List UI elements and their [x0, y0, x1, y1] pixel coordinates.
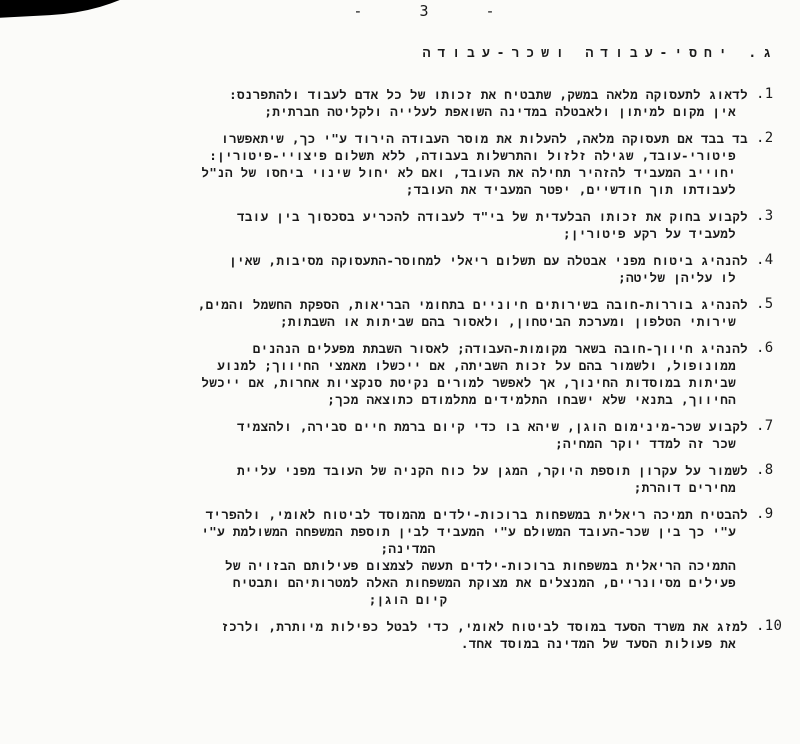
item-line: לדאוג לתעסוקה מלאה במשק, שתבטיח את זכותו…: [78, 86, 778, 103]
list-item: .10למזג את משרד הסעד במוסד לביטוח לאומי,…: [78, 618, 778, 652]
item-number: .6: [756, 340, 778, 357]
item-line: לקבוע שכר-מינימום הוגן, שיהא בו כדי קיום…: [78, 418, 778, 435]
item-number: .7: [756, 418, 778, 435]
item-line: המדינה;: [78, 540, 778, 557]
item-number: .9: [756, 506, 778, 523]
item-line: ממונופול, ולשמור בהם על זכות השביתה, אם …: [78, 357, 778, 374]
item-line: ע"י כך בין שכר-העובד המשולם ע"י המעביד ל…: [78, 523, 778, 540]
item-line: התמיכה הריאלית במשפחות ברוכות-ילדים תעשה…: [78, 557, 778, 574]
item-number: .1: [756, 86, 778, 103]
item-number: .5: [756, 296, 778, 313]
item-line: החיווך, בתנאי שלא ישבחו התלמידים מתלמודם…: [78, 391, 778, 408]
list-item: .6להנהיג חיווך-חובה בשאר מקומות-העבודה; …: [78, 340, 778, 408]
list-item: .5להנהיג בוררות-חובה בשירותים חיוניים בת…: [78, 296, 778, 330]
item-line: פעילים מסיונריים, המנצלים את מצוקת המשפח…: [78, 574, 778, 591]
item-number: .4: [756, 252, 778, 269]
item-line: למזג את משרד הסעד במוסד לביטוח לאומי, כד…: [78, 618, 778, 635]
item-line: למעביד על רקע פיטורין;: [78, 225, 778, 242]
item-line: להנהיג ביטוח מפני אבטלה עם תשלום ריאלי ל…: [78, 252, 778, 269]
item-line: לשמור על עקרון תוספת היוקר, המגן על כוח …: [78, 462, 778, 479]
page-number-dash-right: -: [486, 2, 497, 20]
item-line: להנהיג חיווך-חובה בשאר מקומות-העבודה; לא…: [78, 340, 778, 357]
item-number: .2: [756, 130, 778, 147]
list-item: .1לדאוג לתעסוקה מלאה במשק, שתבטיח את זכו…: [78, 86, 778, 120]
item-number: .8: [756, 462, 778, 479]
item-line: לקבוע בחוק את זכותו הבלעדית של בי"ד לעבו…: [78, 208, 778, 225]
list-item: .7לקבוע שכר-מינימום הוגן, שיהא בו כדי קי…: [78, 418, 778, 452]
numbered-list: .1לדאוג לתעסוקה מלאה במשק, שתבטיח את זכו…: [78, 86, 778, 662]
item-line: קיום הוגן;: [78, 591, 778, 608]
list-item: .4להנהיג ביטוח מפני אבטלה עם תשלום ריאלי…: [78, 252, 778, 286]
list-item: .3לקבוע בחוק את זכותו הבלעדית של בי"ד לע…: [78, 208, 778, 242]
item-number: .3: [756, 208, 778, 225]
page-number-dash-left: -: [353, 2, 364, 20]
item-line: שביתות במוסדות החינוך, אך לאפשר למורים נ…: [78, 374, 778, 391]
item-line: לו עליהן שליטה;: [78, 269, 778, 286]
item-line: פיטורי-עובד, שגילה זלזול והתרשלות בעבודה…: [78, 147, 778, 164]
item-line: שירותי הטלפון ומערכת הביטחון, ולאסור בהם…: [78, 313, 778, 330]
item-line: שכר זה למדד יוקר המחיה;: [78, 435, 778, 452]
item-line: מחירים דוהרת;: [78, 479, 778, 496]
page-number-value: 3: [419, 2, 430, 20]
item-line: לעבודתו תוך חודשיים, יפטר המעביד את העוב…: [78, 181, 778, 198]
item-line: להבטיח תמיכה ריאלית במשפחות ברוכות-ילדים…: [78, 506, 778, 523]
item-line: יחוייב המעביד להזהיר תחילה את העובד, ואם…: [78, 164, 778, 181]
section-title: ג. יחסי-עבודה ושכר-עבודה: [423, 46, 778, 61]
item-line: בד בבד אם תעסוקה מלאה, להעלות את מוסר הע…: [78, 130, 778, 147]
list-item: .9להבטיח תמיכה ריאלית במשפחות ברוכות-ילד…: [78, 506, 778, 608]
item-line: להנהיג בוררות-חובה בשירותים חיוניים בתחו…: [78, 296, 778, 313]
item-number: .10: [756, 618, 778, 635]
page-number: - 3 -: [0, 2, 800, 20]
item-line: את פעולות הסעד של המדינה במוסד אחד.: [78, 635, 778, 652]
list-item: .2בד בבד אם תעסוקה מלאה, להעלות את מוסר …: [78, 130, 778, 198]
item-line: אין מקום למיתון ולאבטלה במדינה השואפת לע…: [78, 103, 778, 120]
list-item: .8לשמור על עקרון תוספת היוקר, המגן על כו…: [78, 462, 778, 496]
